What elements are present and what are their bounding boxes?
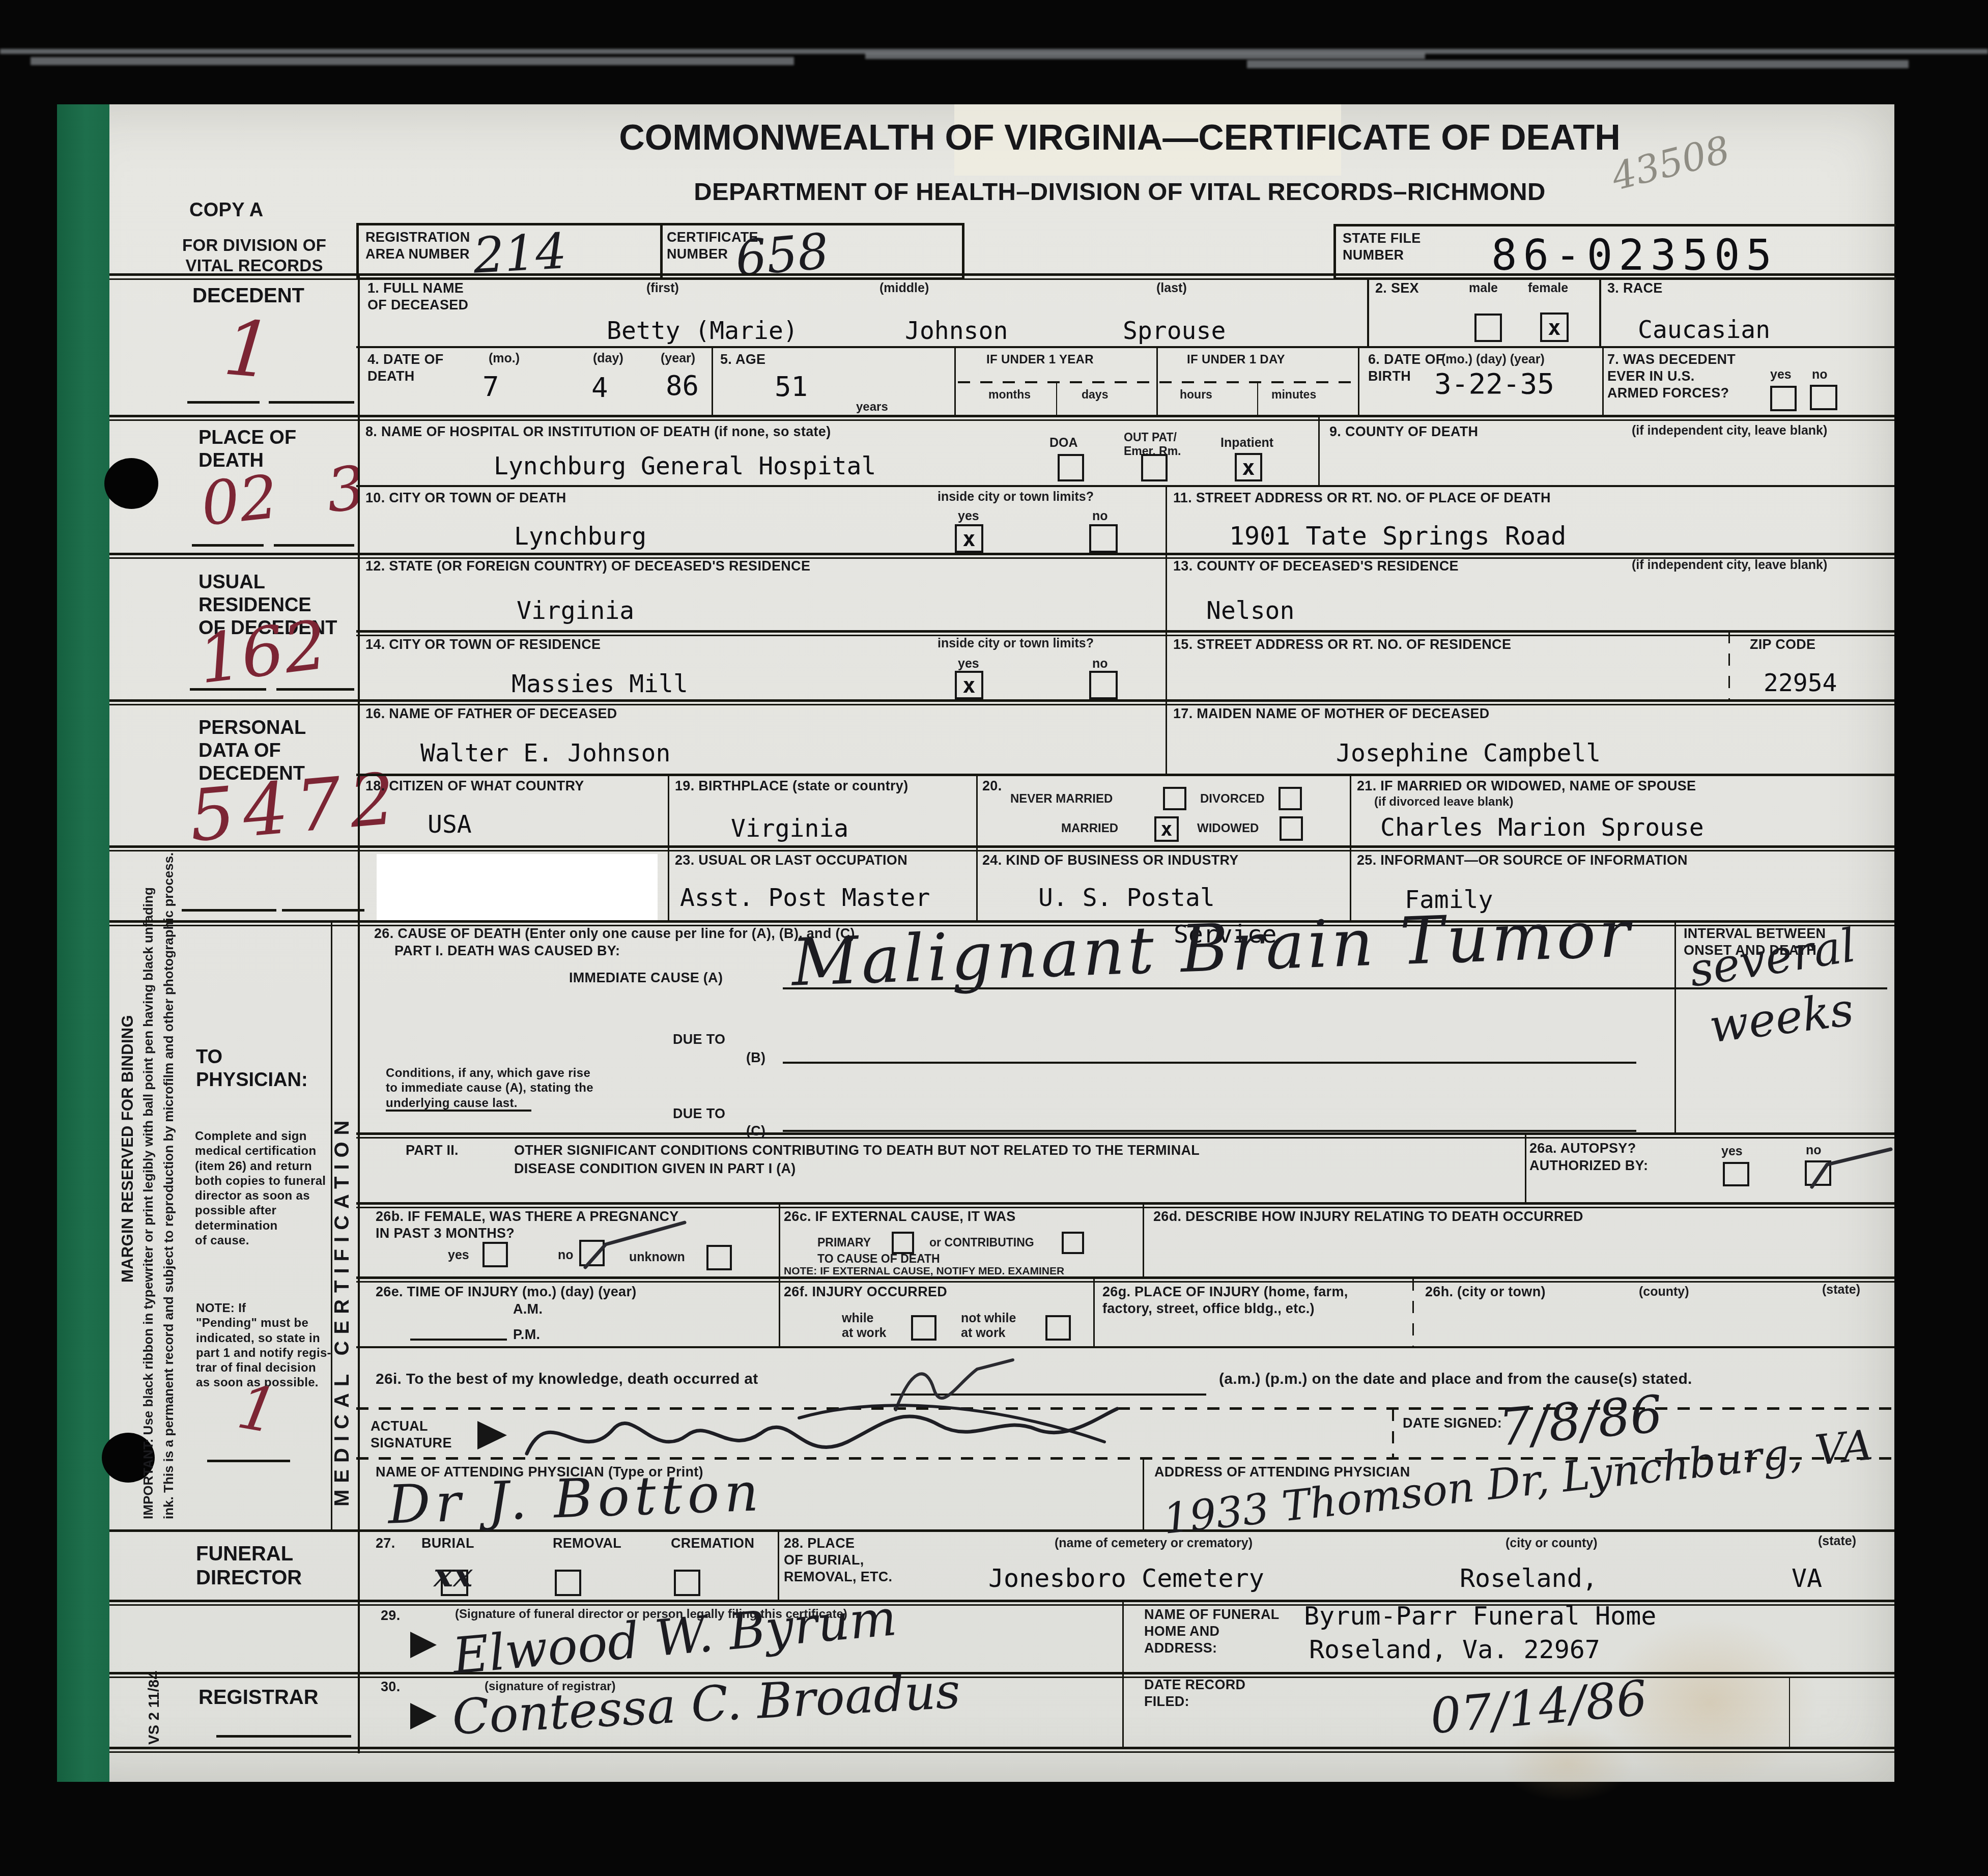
- arrow-icon: [410, 1703, 437, 1729]
- name-first-value: Betty (Marie): [607, 317, 798, 345]
- field-26-label: 26. CAUSE OF DEATH (Enter only one cause…: [374, 925, 859, 942]
- field-26i-suffix: (a.m.) (p.m.) on the date and place and …: [1219, 1370, 1692, 1389]
- field-13-hint: (if independent city, leave blank): [1632, 558, 1827, 573]
- primary-label: PRIMARY: [817, 1236, 871, 1249]
- cremation-label: CREMATION: [671, 1535, 754, 1552]
- rule: [356, 1202, 1894, 1205]
- rule-v: [1143, 1202, 1144, 1277]
- years-hint: years: [856, 400, 888, 414]
- rule: [109, 415, 1894, 417]
- conditions-label: Conditions, if any, which gave rise to i…: [386, 1066, 593, 1111]
- part2-text-2: DISEASE CONDITION GIVEN IN PART I (A): [514, 1160, 796, 1177]
- citizen-value: USA: [428, 810, 472, 839]
- blank-line: [216, 1735, 351, 1738]
- copy-label: COPY A: [189, 198, 263, 222]
- field-25-label: 25. INFORMANT—OR SOURCE OF INFORMATION: [1357, 852, 1688, 869]
- form-number: VS 2 11/84: [146, 1671, 163, 1745]
- industry-value: U. S. Postal: [1038, 884, 1215, 912]
- redaction-box: [377, 854, 658, 920]
- months-hint: months: [988, 388, 1031, 402]
- under-1-year-label: IF UNDER 1 YEAR: [986, 352, 1094, 367]
- rule: [356, 346, 1894, 348]
- checkbox-cremation: [674, 1570, 700, 1596]
- hours-hint: hours: [1180, 388, 1212, 402]
- minutes-hint: minutes: [1271, 388, 1316, 402]
- rule-v: [1789, 1678, 1790, 1748]
- field-2-label: 2. SEX: [1375, 280, 1419, 297]
- cause-c-line: [783, 1130, 1636, 1132]
- field-28-label: 28. PLACE OF BURIAL, REMOVAL, ETC.: [784, 1535, 892, 1585]
- rule: [109, 273, 1894, 276]
- rule: [109, 1747, 1894, 1749]
- street-of-death-value: 1901 Tate Springs Road: [1229, 521, 1566, 551]
- not-while-at-work-label: not while at work: [961, 1311, 1016, 1341]
- rule-v: [1166, 631, 1167, 700]
- rule: [356, 774, 1894, 776]
- limits2-no-label: no: [1092, 657, 1108, 671]
- part2-label: PART II.: [406, 1142, 459, 1159]
- state2-hint: (state): [1818, 1534, 1856, 1549]
- field-5-label: 5. AGE: [720, 351, 765, 368]
- sidebar-decedent-code: 1: [220, 303, 276, 396]
- limits-yes-check: x: [957, 526, 981, 551]
- limits-no-label: no: [1092, 509, 1108, 524]
- rule-v: [1166, 554, 1167, 631]
- never-married-label: NEVER MARRIED: [1010, 792, 1113, 806]
- film-streak: [865, 53, 1425, 59]
- field-4-label: 4. DATE OF DEATH: [367, 351, 444, 385]
- rule-v: [778, 1531, 779, 1601]
- mother-value: Josephine Campbell: [1336, 739, 1601, 768]
- field-26e-label: 26e. TIME OF INJURY (mo.) (day) (year): [376, 1284, 637, 1300]
- copy-sublabel: FOR DIVISION OF VITAL RECORDS: [182, 235, 326, 276]
- funeral-home-value-2: Roseland, Va. 22967: [1309, 1635, 1600, 1664]
- rule-dashed-v: [1728, 631, 1730, 700]
- rule-v: [1350, 775, 1351, 921]
- occupation-value: Asst. Post Master: [680, 884, 930, 912]
- blank-line: [187, 401, 260, 404]
- field-8-label: 8. NAME OF HOSPITAL OR INSTITUTION OF DE…: [365, 423, 831, 440]
- middle-hint: (middle): [879, 281, 929, 296]
- rule-v: [1093, 1278, 1095, 1347]
- funeral-home-value-1: Byrum-Parr Funeral Home: [1304, 1601, 1656, 1631]
- day-hint: (day): [593, 351, 623, 366]
- divorced-label: DIVORCED: [1200, 792, 1265, 806]
- field-9-hint: (if independent city, leave blank): [1632, 423, 1827, 438]
- funeral-home-label: NAME OF FUNERAL HOME AND ADDRESS:: [1144, 1606, 1279, 1657]
- date-signed-value: 7/8/86: [1497, 1388, 1664, 1454]
- green-binding-strip: [57, 104, 109, 1782]
- field-7-label: 7. WAS DECEDENT EVER IN U.S. ARMED FORCE…: [1607, 351, 1736, 402]
- checkbox-limits2-no: [1089, 671, 1118, 699]
- checkbox-autopsy-yes: [1723, 1162, 1749, 1186]
- checkbox-contributing: [1062, 1232, 1084, 1254]
- spouse-value: Charles Marion Sprouse: [1380, 813, 1704, 842]
- margin-important-text-1: IMPORTANT: Use black ribbon in typewrite…: [140, 887, 156, 1519]
- cemetery-hint: (name of cemetery or crematory): [1055, 1536, 1253, 1551]
- blank-line: [192, 544, 264, 547]
- burial-state-value: VA: [1792, 1564, 1822, 1593]
- physician-signature-scrawl: [514, 1394, 1125, 1470]
- field-19-label: 19. BIRTHPLACE (state or country): [675, 778, 908, 794]
- checkbox-preg-yes: [482, 1242, 508, 1267]
- limits2-label: inside city or town limits?: [938, 636, 1094, 651]
- state-hint: (state): [1822, 1283, 1860, 1297]
- rule-v: [1525, 1134, 1526, 1203]
- rule: [109, 699, 1894, 702]
- rule-dashed-v: [1412, 1278, 1414, 1347]
- field-18-label: 18. CITIZEN OF WHAT COUNTRY: [365, 778, 584, 794]
- female-check: x: [1542, 315, 1567, 340]
- checkbox-forces-no: [1810, 385, 1837, 410]
- zip-label: ZIP CODE: [1750, 636, 1815, 653]
- rule-v: [331, 922, 332, 1531]
- checkbox-preg-unknown: [706, 1245, 732, 1270]
- field-30-label: 30.: [381, 1679, 400, 1695]
- arrow-icon: [477, 1421, 507, 1449]
- state-file-value: 86-023505: [1491, 230, 1778, 280]
- mo-hint: (mo.): [489, 351, 520, 366]
- sidebar-decedent-label: DECEDENT: [192, 284, 304, 308]
- female-label: female: [1528, 281, 1568, 296]
- state-file-label: STATE FILE NUMBER: [1343, 230, 1421, 264]
- rule-v: [954, 348, 956, 416]
- checkbox-female: x: [1540, 312, 1569, 342]
- c-label: (C): [746, 1123, 765, 1140]
- autopsy-no-pen-check: [1797, 1140, 1898, 1191]
- field-17-label: 17. MAIDEN NAME OF MOTHER OF DECEASED: [1173, 705, 1490, 722]
- sidebar-registrar-label: REGISTRAR: [198, 1686, 319, 1710]
- birthplace-value: Virginia: [731, 814, 848, 843]
- city-residence-value: Massies Mill: [512, 670, 688, 698]
- limits-yes-label: yes: [958, 509, 979, 524]
- doa-label: DOA: [1049, 436, 1078, 450]
- cause-b-line: [783, 1062, 1636, 1064]
- limits2-yes-label: yes: [958, 657, 979, 671]
- field-1-label: 1. FULL NAME OF DECEASED: [367, 280, 468, 314]
- male-label: male: [1469, 281, 1498, 296]
- name-middle-value: Johnson: [905, 317, 1008, 345]
- immediate-cause-label: IMMEDIATE CAUSE (A): [569, 970, 723, 986]
- field-26c-label: 26c. IF EXTERNAL CAUSE, IT WAS: [784, 1208, 1016, 1225]
- inpatient-label: Inpatient: [1220, 436, 1273, 450]
- rule-v: [1122, 1601, 1124, 1749]
- preg-unknown-label: unknown: [629, 1250, 685, 1265]
- to-physician-instructions: Complete and sign medical certification …: [195, 1129, 326, 1248]
- field-6-label: 6. DATE OF BIRTH: [1368, 351, 1444, 385]
- blank-line: [207, 1460, 290, 1462]
- checkbox-limits-no: [1089, 524, 1118, 553]
- field-13-label: 13. COUNTY OF DECEASED'S RESIDENCE: [1173, 558, 1459, 575]
- father-value: Walter E. Johnson: [420, 739, 670, 768]
- rule: [356, 1276, 1894, 1279]
- rule: [356, 1281, 1894, 1283]
- death-day-value: 4: [591, 372, 608, 404]
- conditions-underline: [386, 1110, 531, 1112]
- field-16-label: 16. NAME OF FATHER OF DECEASED: [365, 705, 617, 722]
- hospital-value: Lynchburg General Hospital: [494, 452, 876, 480]
- blank-line: [190, 688, 266, 691]
- rule: [109, 845, 1894, 848]
- blank-line: [282, 909, 364, 912]
- rule: [109, 850, 1894, 851]
- rule: [109, 1529, 1894, 1532]
- rule: [109, 419, 1894, 421]
- burial-city-value: Roseland,: [1460, 1564, 1598, 1593]
- checkbox-never-married: [1163, 787, 1186, 810]
- physician-name-value: Dr J. Botton: [387, 1465, 764, 1531]
- days-hint: days: [1082, 388, 1108, 402]
- field-21-hint: (if divorced leave blank): [1374, 795, 1513, 809]
- cemetery-value: Jonesboro Cemetery: [988, 1564, 1264, 1593]
- hole-punch: [104, 458, 158, 509]
- rule: [356, 1132, 1894, 1135]
- rule-v: [779, 1202, 780, 1277]
- field-3-label: 3. RACE: [1607, 280, 1663, 297]
- field-10-label: 10. CITY OR TOWN OF DEATH: [365, 490, 566, 506]
- married-label: MARRIED: [1061, 821, 1118, 836]
- rule: [356, 1346, 1894, 1348]
- preg-yes-label: yes: [448, 1248, 469, 1263]
- date-record-filed-label: DATE RECORD FILED:: [1144, 1676, 1245, 1710]
- blank-line: [274, 544, 354, 547]
- name-last-value: Sprouse: [1123, 317, 1226, 345]
- under-1-day-label: IF UNDER 1 DAY: [1187, 352, 1285, 367]
- rule: [356, 485, 1894, 487]
- field-14-label: 14. CITY OR TOWN OF RESIDENCE: [365, 636, 601, 653]
- field-23-label: 23. USUAL OR LAST OCCUPATION: [675, 852, 907, 869]
- rule-v: [358, 273, 360, 1753]
- field-12-label: 12. STATE (OR FOREIGN COUNTRY) OF DECEAS…: [365, 558, 810, 575]
- birth-date-value: 3-22-35: [1434, 367, 1554, 401]
- forces-yes-label: yes: [1770, 367, 1792, 382]
- city-of-death-value: Lynchburg: [514, 522, 646, 551]
- checkbox-primary: [892, 1232, 914, 1254]
- city-county-hint: (city or county): [1506, 1536, 1598, 1551]
- checkbox-while-at-work: [911, 1315, 936, 1341]
- limits-label: inside city or town limits?: [938, 490, 1094, 504]
- last-hint: (last): [1156, 281, 1187, 296]
- rule-v: [712, 348, 713, 416]
- pm-label: P.M.: [513, 1326, 540, 1343]
- rule: [109, 1751, 1894, 1753]
- county-hint: (county): [1639, 1285, 1689, 1299]
- death-year-value: 86: [666, 369, 699, 402]
- date-signed-label: DATE SIGNED:: [1403, 1415, 1502, 1432]
- inpatient-check: x: [1237, 455, 1260, 479]
- first-hint: (first): [646, 281, 679, 296]
- rule-v: [1166, 486, 1167, 554]
- limits2-yes-check: x: [957, 673, 981, 697]
- rule-v: [668, 775, 669, 921]
- field-21-label: 21. IF MARRIED OR WIDOWED, NAME OF SPOUS…: [1357, 778, 1696, 794]
- checkbox-widowed: [1280, 816, 1303, 841]
- rule-v: [1674, 922, 1676, 1133]
- external-note-label: NOTE: IF EXTERNAL CAUSE, NOTIFY MED. EXA…: [784, 1265, 1064, 1277]
- burial-pen-mark: xx: [434, 1556, 472, 1595]
- field-27-label: 27.: [376, 1535, 395, 1552]
- widowed-label: WIDOWED: [1197, 821, 1259, 836]
- field-20-label: 20.: [982, 778, 1002, 794]
- field-26h-label: 26h. (city or town): [1425, 1284, 1546, 1300]
- field-26d-label: 26d. DESCRIBE HOW INJURY RELATING TO DEA…: [1153, 1208, 1583, 1225]
- margin-important-text-2: ink. This is a permanent record and subj…: [161, 852, 177, 1519]
- zip-value: 22954: [1764, 669, 1837, 697]
- rule: [356, 1137, 1894, 1139]
- rule-v: [1166, 700, 1167, 775]
- rule-v: [1257, 383, 1258, 416]
- field-26g-label: 26g. PLACE OF INJURY (home, farm, factor…: [1102, 1284, 1348, 1317]
- rule-v: [1056, 383, 1057, 416]
- checkbox-removal: [555, 1570, 581, 1596]
- checkbox-married: x: [1154, 816, 1179, 842]
- film-streak: [1247, 60, 1909, 68]
- rule-v: [1358, 348, 1359, 416]
- checkbox-outpat: [1141, 454, 1168, 481]
- blank-line: [269, 401, 354, 404]
- rule-v: [1367, 277, 1369, 348]
- checkbox-inpatient: x: [1235, 453, 1262, 481]
- field-26i-label: 26i. To the best of my knowledge, death …: [376, 1370, 758, 1389]
- married-check: x: [1156, 818, 1177, 840]
- removal-label: REMOVAL: [553, 1535, 621, 1552]
- race-value: Caucasian: [1638, 316, 1770, 344]
- checkbox-forces-yes: [1770, 386, 1797, 411]
- time-line: [410, 1339, 507, 1341]
- field-26f-label: 26f. INJURY OCCURRED: [784, 1284, 947, 1300]
- rule-v: [976, 775, 978, 921]
- rule-dashed-v: [1392, 1409, 1394, 1458]
- to-cause-label: TO CAUSE OF DEATH: [817, 1252, 940, 1266]
- burial-label: BURIAL: [421, 1535, 474, 1552]
- rule-v: [1318, 417, 1320, 486]
- checkbox-limits-yes: x: [955, 524, 983, 553]
- blank-line: [182, 909, 276, 912]
- rule-v: [1143, 1459, 1144, 1530]
- sidebar-funeral-director-label: FUNERAL DIRECTOR: [196, 1542, 302, 1590]
- certificate-title: COMMONWEALTH OF VIRGINIA—CERTIFICATE OF …: [606, 116, 1634, 159]
- birth-sub-hint: (mo.) (day) (year): [1441, 352, 1545, 367]
- field-29-label: 29.: [381, 1607, 400, 1624]
- film-streak: [31, 57, 794, 65]
- field-24-label: 24. KIND OF BUSINESS OR INDUSTRY: [982, 852, 1239, 869]
- am-label: A.M.: [513, 1301, 543, 1318]
- sidebar-to-physician-label: TO PHYSICIAN:: [196, 1046, 308, 1092]
- blank-line: [276, 688, 354, 691]
- field-9-label: 9. COUNTY OF DEATH: [1329, 423, 1478, 440]
- state-residence-value: Virginia: [517, 596, 634, 625]
- checkbox-limits2-yes: x: [955, 671, 983, 699]
- autopsy-auth-label: AUTHORIZED BY:: [1529, 1157, 1648, 1174]
- medical-certification-label: MEDICAL CERTIFICATION: [330, 1114, 355, 1507]
- field-26a-label: 26a. AUTOPSY?: [1529, 1140, 1636, 1157]
- county-residence-value: Nelson: [1206, 596, 1294, 625]
- due-to-b-label: DUE TO: [673, 1031, 725, 1048]
- b-label: (B): [746, 1049, 765, 1066]
- certificate-subtitle: DEPARTMENT OF HEALTH–DIVISION OF VITAL R…: [606, 177, 1634, 208]
- forces-no-label: no: [1812, 367, 1828, 382]
- checkbox-doa: [1058, 454, 1084, 481]
- certificate-number-value: 658: [733, 222, 831, 288]
- age-value: 51: [775, 371, 808, 403]
- sidebar-usual-residence-code: 162: [194, 606, 331, 699]
- checkbox-not-while-at-work: [1045, 1315, 1071, 1341]
- part1-label: PART I. DEATH WAS CAUSED BY:: [394, 943, 620, 959]
- checkbox-male: [1474, 314, 1502, 342]
- arrow-icon: [410, 1632, 437, 1658]
- rule-v: [1602, 348, 1604, 416]
- actual-signature-label: ACTUAL SIGNATURE: [371, 1418, 452, 1452]
- margin-binding-text: MARGIN RESERVED FOR BINDING: [118, 1015, 137, 1283]
- scanned-death-certificate-photo: COMMONWEALTH OF VIRGINIA—CERTIFICATE OF …: [0, 0, 1988, 1876]
- rule-v: [1599, 277, 1601, 348]
- due-to-c-label: DUE TO: [673, 1105, 725, 1122]
- registration-area-label: REGISTRATION AREA NUMBER: [365, 229, 470, 263]
- rule-dashed: [958, 381, 1355, 383]
- field-15-label: 15. STREET ADDRESS OR RT. NO. OF RESIDEN…: [1173, 636, 1511, 653]
- year-hint: (year): [661, 351, 695, 366]
- rule-v: [779, 1278, 780, 1347]
- contributing-label: or CONTRIBUTING: [929, 1236, 1034, 1249]
- field-11-label: 11. STREET ADDRESS OR RT. NO. OF PLACE O…: [1173, 490, 1551, 506]
- rule: [356, 630, 1894, 633]
- death-month-value: 7: [482, 371, 499, 403]
- part2-text-1: OTHER SIGNIFICANT CONDITIONS CONTRIBUTIN…: [514, 1142, 1200, 1159]
- while-at-work-label: while at work: [842, 1311, 887, 1341]
- autopsy-yes-label: yes: [1721, 1144, 1743, 1159]
- checkbox-divorced: [1279, 787, 1302, 810]
- rule: [109, 553, 1894, 555]
